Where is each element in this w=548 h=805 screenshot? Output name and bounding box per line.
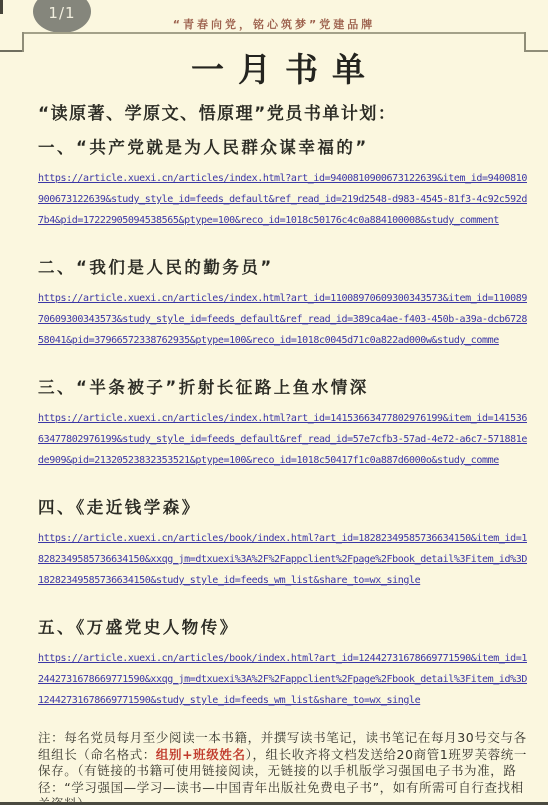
section-3-heading: 三、“半条被子”折射长征路上鱼水情深 [38,377,532,399]
book-section-2: 二、“我们是人民的勤务员” https://article.xuexi.cn/a… [38,257,532,351]
reading-plan-subtitle: “读原著、学原文、悟原理”党员书单计划： [38,103,532,126]
book-section-4: 四、《走近钱学森》 https://article.xuexi.cn/artic… [38,497,532,591]
section-5-heading: 五、《万盛党史人物传》 [38,617,532,639]
note-text-highlight: 组别+班级姓名 [156,747,246,762]
section-5-article-link[interactable]: https://article.xuexi.cn/articles/book/i… [38,648,532,711]
book-section-5: 五、《万盛党史人物传》 https://article.xuexi.cn/art… [38,617,532,711]
section-2-article-link[interactable]: https://article.xuexi.cn/articles/index.… [38,288,532,351]
section-4-heading: 四、《走近钱学森》 [38,497,532,519]
section-2-heading: 二、“我们是人民的勤务员” [38,257,532,279]
section-3-article-link[interactable]: https://article.xuexi.cn/articles/index.… [38,408,532,471]
section-1-article-link[interactable]: https://article.xuexi.cn/articles/index.… [38,168,532,231]
document-body: 一月书单 “读原著、学原文、悟原理”党员书单计划： 一、“共产党就是为人民群众谋… [38,42,532,805]
book-section-3: 三、“半条被子”折射长征路上鱼水情深 https://article.xuexi… [38,377,532,471]
header-slogan: “青春向党，铭心筑梦”党建品牌 [0,16,548,32]
header-divider-left-end [0,50,22,52]
section-4-article-link[interactable]: https://article.xuexi.cn/articles/book/i… [38,528,532,591]
corner-mark [0,0,3,14]
header-divider-line [22,32,524,34]
book-section-1: 一、“共产党就是为人民群众谋幸福的” https://article.xuexi… [38,137,532,231]
page-title: 一月书单 [38,48,532,92]
section-1-heading: 一、“共产党就是为人民群众谋幸福的” [38,137,532,159]
footer-note: 注：每名党员每月至少阅读一本书籍，并撰写读书笔记，读书笔记在每月30号交与各组组… [38,730,532,805]
header-divider-left-step [22,32,24,52]
